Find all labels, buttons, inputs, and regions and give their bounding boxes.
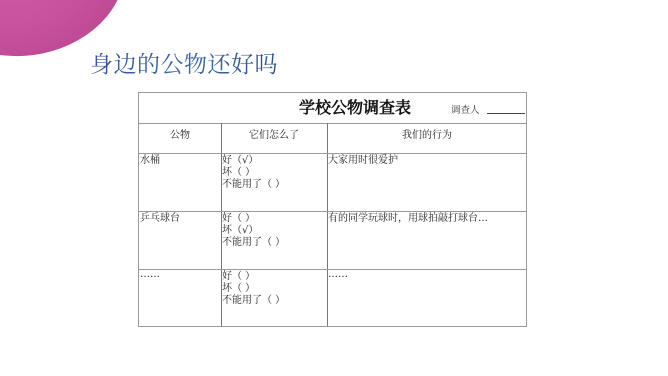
table-row-item: 水桶 — [140, 155, 160, 167]
status-unusable: 不能用了（ ） — [222, 237, 285, 249]
table-row-item: …… — [140, 269, 160, 281]
status-bad: 坏（√） — [222, 225, 258, 237]
status-bad: 坏（ ） — [222, 167, 255, 179]
status-good: 好（√） — [222, 155, 258, 167]
column-header-behavior: 我们的行为 — [327, 126, 527, 141]
table-row-behavior: 大家用时很爱护 — [328, 155, 398, 167]
table-row-item: 乒乓球台 — [140, 213, 180, 225]
table-row-behavior: 有的同学玩球时，用球拍敲打球台… — [328, 213, 488, 225]
investigator-blank — [487, 113, 525, 114]
column-header-status: 它们怎么了 — [221, 126, 327, 141]
table-title: 学校公物调查表 — [299, 95, 411, 118]
column-header-item: 公物 — [139, 126, 221, 141]
status-good: 好（ ） — [222, 213, 255, 225]
status-good: 好（ ） — [222, 271, 255, 283]
status-unusable: 不能用了（ ） — [222, 179, 285, 191]
row-divider — [139, 153, 526, 154]
investigator-label: 调查人 — [451, 102, 480, 116]
row-divider — [139, 211, 526, 212]
status-unusable: 不能用了（ ） — [222, 295, 285, 307]
slide-title: 身边的公物还好吗 — [90, 46, 278, 79]
table-row-behavior: …… — [328, 269, 348, 281]
table-header: 学校公物调查表 调查人 — [139, 93, 526, 124]
survey-table: 学校公物调查表 调查人 公物 它们怎么了 我们的行为 水桶 好（√） 坏（ ） … — [138, 92, 527, 327]
status-bad: 坏（ ） — [222, 283, 255, 295]
